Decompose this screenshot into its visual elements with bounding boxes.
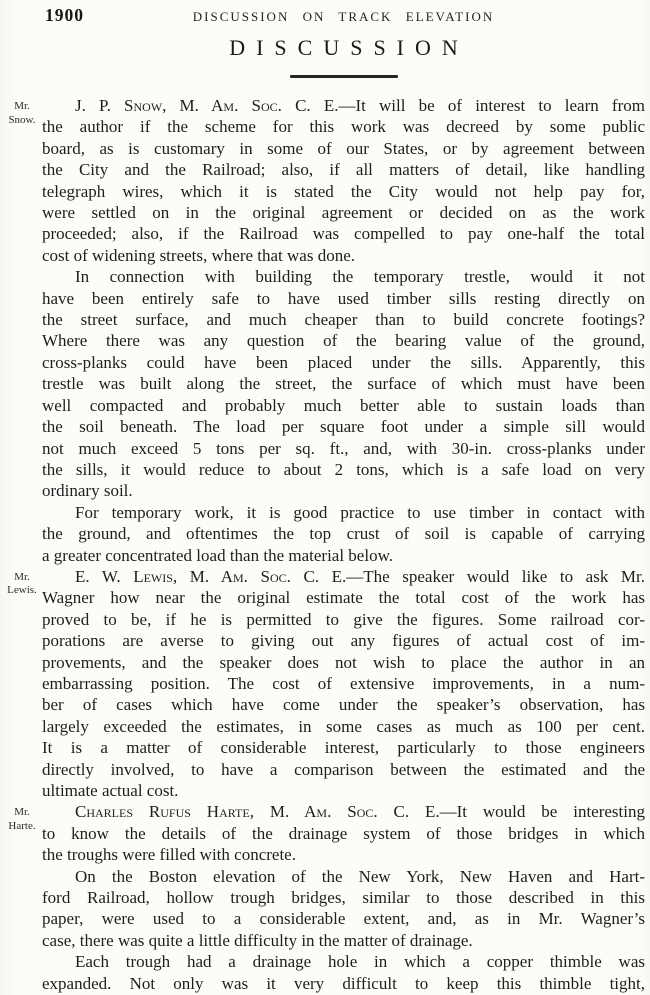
text-line: the sills, it would reduce to about 2 to… bbox=[42, 459, 645, 480]
paragraph: Each trough had a drainage hole in which… bbox=[42, 951, 645, 994]
text-line: the troughs were filled with concrete. bbox=[42, 844, 645, 865]
running-head: DISCUSSION ON TRACK ELEVATION bbox=[42, 9, 645, 25]
text-line: cost of widening streets, where that was… bbox=[42, 245, 645, 266]
text-line: J. P. Snow, M. Am. Soc. C. E.—It will be… bbox=[42, 95, 645, 116]
paragraph: In connection with building the temporar… bbox=[42, 266, 645, 501]
margin-note-line: Snow. bbox=[4, 114, 40, 128]
text-line: cross-planks could have been placed unde… bbox=[42, 352, 645, 373]
text-line: to know the details of the drainage syst… bbox=[42, 823, 645, 844]
text-line: case, there was quite a little difficult… bbox=[42, 930, 645, 951]
margin-note-line: Mr. bbox=[4, 806, 40, 820]
speaker-margin-note: Mr.Harte. bbox=[4, 806, 40, 833]
margin-note-line: Lewis. bbox=[4, 584, 40, 598]
text-line: provements, and the speaker does not wis… bbox=[42, 652, 645, 673]
discussion-text: Mr.Snow.J. P. Snow, M. Am. Soc. C. E.—It… bbox=[42, 95, 645, 994]
paragraph: For temporary work, it is good practice … bbox=[42, 502, 645, 566]
paragraph: Mr.Harte.Charles Rufus Harte, M. Am. Soc… bbox=[42, 801, 645, 865]
title-rule-wrap bbox=[42, 75, 645, 78]
text-line: In connection with building the temporar… bbox=[42, 266, 645, 287]
paragraph: On the Boston elevation of the New York,… bbox=[42, 866, 645, 952]
text-line: board, as is customary in some of our St… bbox=[42, 138, 645, 159]
text-line: proceeded; also, if the Railroad was com… bbox=[42, 223, 645, 244]
text-line: the City and the Railroad; also, if all … bbox=[42, 159, 645, 180]
text-line: directly involved, to have a comparison … bbox=[42, 759, 645, 780]
text-line: were settled on in the original agreemen… bbox=[42, 202, 645, 223]
text-line: the street surface, and much cheaper tha… bbox=[42, 309, 645, 330]
paragraph: Mr.Snow.J. P. Snow, M. Am. Soc. C. E.—It… bbox=[42, 95, 645, 266]
paragraph: Mr.Lewis.E. W. Lewis, M. Am. Soc. C. E.—… bbox=[42, 566, 645, 801]
text-line: telegraph wires, which it is stated the … bbox=[42, 181, 645, 202]
text-line: ordinary soil. bbox=[42, 480, 645, 501]
text-line: E. W. Lewis, M. Am. Soc. C. E.—The speak… bbox=[42, 566, 645, 587]
text-line: Wagner how near the original estimate th… bbox=[42, 587, 645, 608]
speaker-margin-note: Mr.Lewis. bbox=[4, 571, 40, 598]
text-line: largely exceeded the estimates, in some … bbox=[42, 716, 645, 737]
text-line: well compacted and probably much better … bbox=[42, 395, 645, 416]
text-line: For temporary work, it is good practice … bbox=[42, 502, 645, 523]
text-line: It is a matter of considerable interest,… bbox=[42, 737, 645, 758]
speaker-margin-note: Mr.Snow. bbox=[4, 100, 40, 127]
text-line: have been entirely safe to have used tim… bbox=[42, 288, 645, 309]
text-line: ford Railroad, hollow trough bridges, si… bbox=[42, 887, 645, 908]
text-line: trestle was built along the street, the … bbox=[42, 373, 645, 394]
speaker-name: Charles Rufus Harte, M. Am. Soc. C. E. bbox=[75, 802, 440, 821]
speaker-name: E. W. Lewis, M. Am. Soc. C. E. bbox=[75, 567, 346, 586]
text-line: embarrassing position. The cost of exten… bbox=[42, 673, 645, 694]
text-line: proved to be, if he is permitted to give… bbox=[42, 609, 645, 630]
text-line: On the Boston elevation of the New York,… bbox=[42, 866, 645, 887]
margin-note-line: Mr. bbox=[4, 100, 40, 114]
text-line: expanded. Not only was it very difficult… bbox=[42, 973, 645, 994]
text-line: not much exceed 5 tons per sq. ft., and,… bbox=[42, 438, 645, 459]
text-line: ber of cases which have come under the s… bbox=[42, 694, 645, 715]
margin-note-line: Harte. bbox=[4, 820, 40, 834]
text-line: paper, were used to a considerable exten… bbox=[42, 908, 645, 929]
text-line: the ground, and oftentimes the top crust… bbox=[42, 523, 645, 544]
text-line: the author if the scheme for this work w… bbox=[42, 116, 645, 137]
text-line: Where there was any question of the bear… bbox=[42, 330, 645, 351]
text-line: Charles Rufus Harte, M. Am. Soc. C. E.—I… bbox=[42, 801, 645, 822]
margin-note-line: Mr. bbox=[4, 571, 40, 585]
text-line: Each trough had a drainage hole in which… bbox=[42, 951, 645, 972]
text-line: ultimate actual cost. bbox=[42, 780, 645, 801]
text-line: the soil beneath. The load per square fo… bbox=[42, 416, 645, 437]
speaker-name: J. P. Snow, M. Am. Soc. C. E. bbox=[75, 96, 338, 115]
scanned-page: 1900 DISCUSSION ON TRACK ELEVATION DISCU… bbox=[0, 0, 650, 995]
title-rule bbox=[290, 75, 398, 78]
text-line: a greater concentrated load than the mat… bbox=[42, 545, 645, 566]
section-title: DISCUSSION bbox=[42, 35, 645, 61]
text-line: porations are averse to giving out any f… bbox=[42, 630, 645, 651]
